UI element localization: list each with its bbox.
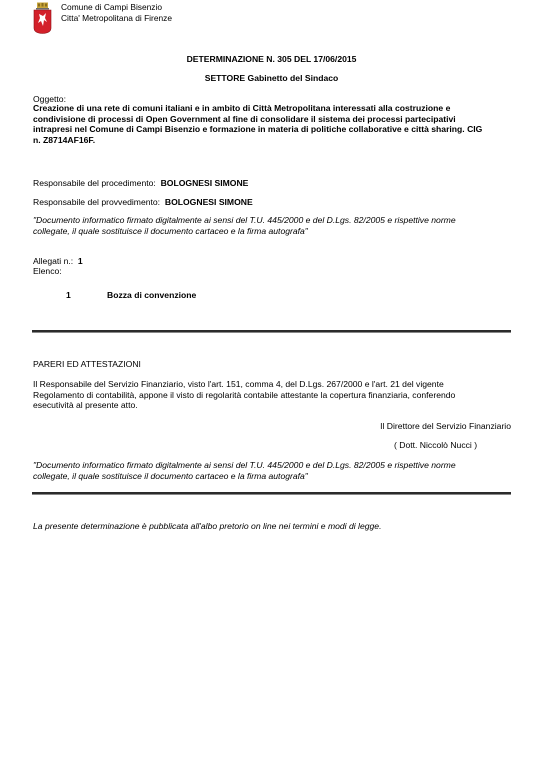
attachments-count-value: 1 bbox=[78, 256, 83, 266]
provision-label: Responsabile del provvedimento: bbox=[33, 197, 160, 207]
subject-line: condivisione di processi di Open Governm… bbox=[33, 114, 482, 125]
signature-note-line: collegate, il quale sostituisce il docum… bbox=[33, 226, 456, 237]
coat-of-arms-icon bbox=[33, 2, 52, 34]
opinions-body-line: Il Responsabile del Servizio Finanziario… bbox=[33, 379, 455, 390]
opinions-body-line: esecutività al presente atto. bbox=[33, 400, 455, 411]
signer-role: Il Direttore del Servizio Finanziario bbox=[380, 421, 511, 432]
opinions-heading: PARERI ED ATTESTAZIONI bbox=[33, 359, 141, 370]
opinions-body: Il Responsabile del Servizio Finanziario… bbox=[33, 379, 455, 411]
provision-value: BOLOGNESI SIMONE bbox=[165, 197, 253, 207]
signer-name: ( Dott. Niccolò Nucci ) bbox=[394, 440, 477, 451]
procedure-value: BOLOGNESI SIMONE bbox=[161, 178, 249, 188]
procedure-responsible: Responsabile del procedimento: BOLOGNESI… bbox=[33, 178, 248, 189]
procedure-label: Responsabile del procedimento: bbox=[33, 178, 156, 188]
attachment-number: 1 bbox=[66, 290, 71, 301]
publication-note: La presente determinazione è pubblicata … bbox=[33, 521, 381, 532]
determination-title: DETERMINAZIONE N. 305 DEL 17/06/2015 bbox=[0, 54, 543, 65]
provision-responsible: Responsabile del provvedimento: BOLOGNES… bbox=[33, 197, 253, 208]
signature-note-line: "Documento informatico firmato digitalme… bbox=[33, 460, 456, 471]
sector-line: SETTORE Gabinetto del Sindaco bbox=[0, 73, 543, 84]
subject-line: Creazione di una rete di comuni italiani… bbox=[33, 103, 482, 114]
subject-line: n. Z8714AF16F. bbox=[33, 135, 482, 146]
digital-signature-note: "Documento informatico firmato digitalme… bbox=[33, 460, 456, 481]
opinions-body-line: Regolamento di contabilità, appone il vi… bbox=[33, 390, 455, 401]
signature-note-line: "Documento informatico firmato digitalme… bbox=[33, 215, 456, 226]
sector-value: Gabinetto del Sindaco bbox=[248, 73, 339, 83]
section-divider bbox=[32, 330, 511, 333]
attachments-list-label: Elenco: bbox=[33, 266, 62, 277]
metro-area-name: Citta' Metropolitana di Firenze bbox=[61, 13, 172, 24]
section-divider bbox=[32, 492, 511, 495]
sector-label: SETTORE bbox=[205, 73, 245, 83]
signature-note-line: collegate, il quale sostituisce il docum… bbox=[33, 471, 456, 482]
municipality-name: Comune di Campi Bisenzio bbox=[61, 2, 172, 13]
subject-text: Creazione di una rete di comuni italiani… bbox=[33, 103, 482, 145]
municipality-header: Comune di Campi Bisenzio Citta' Metropol… bbox=[61, 2, 172, 23]
attachments-count: Allegati n.: 1 bbox=[33, 256, 83, 267]
digital-signature-note: "Documento informatico firmato digitalme… bbox=[33, 215, 456, 236]
attachment-name: Bozza di convenzione bbox=[107, 290, 196, 301]
subject-line: intrapresi nel Comune di Campi Bisenzio … bbox=[33, 124, 482, 135]
attachments-count-label: Allegati n.: bbox=[33, 256, 73, 266]
